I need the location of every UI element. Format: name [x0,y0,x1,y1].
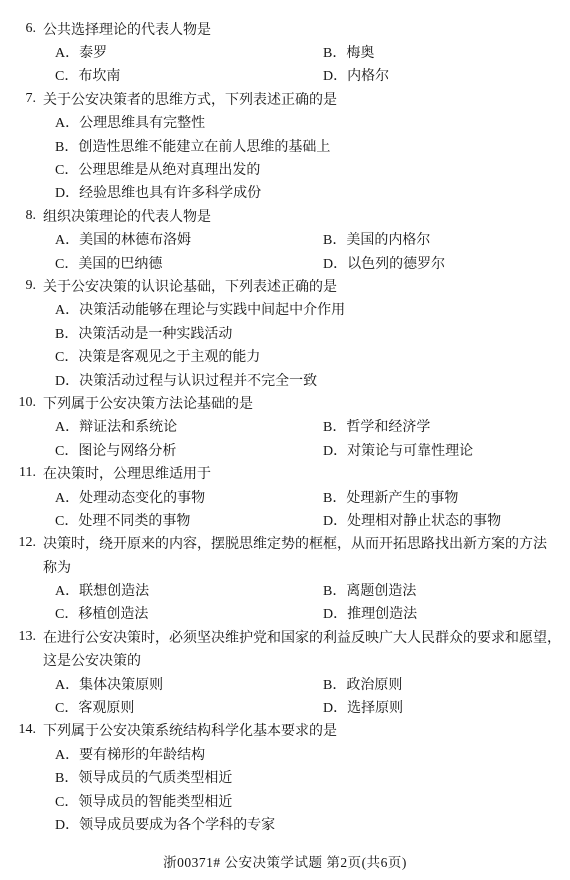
question-stem: 关于公安决策的认识论基础，下列表述正确的是 [43,276,337,296]
option-text: 美国的巴纳德 [78,257,162,272]
option-label: D． [55,182,79,202]
options-row: A．处理动态变化的事物 B．处理新产生的事物 [0,485,570,508]
option-label: C． [55,440,78,460]
option-a: A．决策活动能够在理论与实践中间起中介作用 [55,299,345,319]
option-b: B．创造性思维不能建立在前人思维的基础上 [55,136,330,156]
option-label: D． [55,814,79,834]
question-stem: 下列属于公安决策方法论基础的是 [43,393,253,413]
question-number: 7. [0,91,36,107]
option-text: 移植创造法 [78,607,148,622]
option-text: 创造性思维不能建立在前人思维的基础上 [78,140,330,155]
option-label: A． [55,42,79,62]
option-text: 处理相对静止状态的事物 [347,514,501,529]
option-text: 领导成员的气质类型相近 [78,771,232,786]
option-text: 梅奥 [346,46,374,61]
option-text: 选择原则 [347,701,403,716]
option-d: D．经验思维也具有许多科学成份 [55,182,261,202]
option-label: A． [55,299,79,319]
option-b: B．哲学和经济学 [323,416,430,436]
question-number: 8. [0,208,36,224]
options-row: C．客观原则 D．选择原则 [0,695,570,718]
option-label: A． [55,229,79,249]
option-label: A． [55,580,79,600]
question-stem-row: 9. 关于公安决策的认识论基础，下列表述正确的是 [0,274,570,297]
options-row: C．决策是客观见之于主观的能力 [0,344,570,367]
option-label: B． [55,136,78,156]
option-d: D．决策活动过程与认识过程并不完全一致 [55,370,317,390]
question-stem: 下列属于公安决策系统结构科学化基本要求的是 [43,720,337,740]
option-text: 政治原则 [346,678,402,693]
option-label: A． [55,416,79,436]
option-label: B． [55,323,78,343]
option-text: 公理思维是从绝对真理出发的 [78,163,260,178]
option-text: 集体决策原则 [79,678,163,693]
option-a: A．辩证法和系统论 [55,416,323,436]
option-a: A．处理动态变化的事物 [55,487,323,507]
option-label: B． [55,767,78,787]
question-9: 9. 关于公安决策的认识论基础，下列表述正确的是 A．决策活动能够在理论与实践中… [0,274,570,391]
option-text: 图论与网络分析 [78,444,176,459]
option-b: B．梅奥 [323,42,374,62]
option-b: B．政治原则 [323,674,402,694]
option-label: C． [55,253,78,273]
options-row: C．处理不同类的事物 D．处理相对静止状态的事物 [0,508,570,531]
options-row: B．决策活动是一种实践活动 [0,321,570,344]
option-text: 要有梯形的年龄结构 [79,748,205,763]
question-7: 7. 关于公安决策者的思维方式，下列表述正确的是 A．公理思维具有完整性 B．创… [0,87,570,204]
option-label: A． [55,674,79,694]
question-stem-row: 10. 下列属于公安决策方法论基础的是 [0,391,570,414]
option-text: 以色列的德罗尔 [347,257,445,272]
options-row: C．移植创造法 D．推理创造法 [0,602,570,625]
question-stem: 在决策时，公理思维适用于 [43,463,211,483]
option-c: C．图论与网络分析 [55,440,323,460]
question-stem-row: 7. 关于公安决策者的思维方式，下列表述正确的是 [0,87,570,110]
options-row: D．经验思维也具有许多科学成份 [0,181,570,204]
options-row: A．泰罗 B．梅奥 [0,40,570,63]
question-number: 12. [0,535,36,551]
option-text: 公理思维具有完整性 [79,116,205,131]
options-row: A．联想创造法 B．离题创造法 [0,578,570,601]
option-label: B． [323,674,346,694]
option-label: C． [55,346,78,366]
question-12: 12. 决策时，绕开原来的内容，摆脱思维定势的框框，从而开拓思路找出新方案的方法… [0,532,570,626]
question-number: 10. [0,395,36,411]
question-stem-row: 11. 在决策时，公理思维适用于 [0,461,570,484]
option-text: 领导成员的智能类型相近 [78,795,232,810]
option-label: A． [55,487,79,507]
option-c: C．美国的巴纳德 [55,253,323,273]
question-stem-line2: 称为 [43,557,71,577]
question-number: 6. [0,21,36,37]
options-row: A．决策活动能够在理论与实践中间起中介作用 [0,298,570,321]
option-b: B．领导成员的气质类型相近 [55,767,232,787]
question-number: 14. [0,722,36,738]
option-c: C．移植创造法 [55,603,323,623]
option-text: 哲学和经济学 [346,420,430,435]
option-text: 处理不同类的事物 [78,514,190,529]
options-row: C．公理思维是从绝对真理出发的 [0,157,570,180]
question-stem: 公共选择理论的代表人物是 [43,19,211,39]
option-label: B． [323,416,346,436]
option-c: C．布坎南 [55,65,323,85]
option-c: C．客观原则 [55,697,323,717]
option-a: A．公理思维具有完整性 [55,112,205,132]
question-stem-continuation: 这是公安决策的 [0,649,570,672]
options-row: D．决策活动过程与认识过程并不完全一致 [0,368,570,391]
question-6: 6. 公共选择理论的代表人物是 A．泰罗 B．梅奥 C．布坎南 D．内格尔 [0,17,570,87]
option-b: B．处理新产生的事物 [323,487,458,507]
option-d: D．选择原则 [323,697,403,717]
option-label: C． [55,65,78,85]
option-label: C． [55,510,78,530]
options-row: C．图论与网络分析 D．对策论与可靠性理论 [0,438,570,461]
option-label: C． [55,603,78,623]
option-text: 美国的林德布洛姆 [79,233,191,248]
option-text: 处理新产生的事物 [346,491,458,506]
option-text: 对策论与可靠性理论 [347,444,473,459]
question-10: 10. 下列属于公安决策方法论基础的是 A．辩证法和系统论 B．哲学和经济学 C… [0,391,570,461]
option-label: B． [323,42,346,62]
option-b: B．决策活动是一种实践活动 [55,323,232,343]
option-c: C．处理不同类的事物 [55,510,323,530]
option-text: 联想创造法 [79,584,149,599]
option-d: D．内格尔 [323,65,389,85]
option-label: C． [55,791,78,811]
option-text: 领导成员要成为各个学科的专家 [79,818,275,833]
options-row: B．创造性思维不能建立在前人思维的基础上 [0,134,570,157]
options-row: C．领导成员的智能类型相近 [0,789,570,812]
option-a: A．泰罗 [55,42,323,62]
question-stem-line2: 这是公安决策的 [43,650,141,670]
option-text: 泰罗 [79,46,107,61]
option-d: D．以色列的德罗尔 [323,253,445,273]
option-text: 决策活动过程与认识过程并不完全一致 [79,374,317,389]
option-c: C．公理思维是从绝对真理出发的 [55,159,260,179]
option-text: 处理动态变化的事物 [79,491,205,506]
options-row: C．美国的巴纳德 D．以色列的德罗尔 [0,251,570,274]
options-row: A．美国的林德布洛姆 B．美国的内格尔 [0,228,570,251]
question-stem: 关于公安决策者的思维方式，下列表述正确的是 [43,89,337,109]
exam-page: 6. 公共选择理论的代表人物是 A．泰罗 B．梅奥 C．布坎南 D．内格尔 7.… [0,0,570,871]
options-row: A．公理思维具有完整性 [0,111,570,134]
option-text: 美国的内格尔 [346,233,430,248]
option-label: D． [323,697,347,717]
question-stem: 决策时，绕开原来的内容，摆脱思维定势的框框，从而开拓思路找出新方案的方法 [43,533,547,553]
options-row: C．布坎南 D．内格尔 [0,64,570,87]
option-text: 推理创造法 [347,607,417,622]
option-d: D．推理创造法 [323,603,417,623]
option-d: D．领导成员要成为各个学科的专家 [55,814,275,834]
option-label: C． [55,159,78,179]
options-row: A．辩证法和系统论 B．哲学和经济学 [0,415,570,438]
option-d: D．对策论与可靠性理论 [323,440,473,460]
option-text: 决策活动能够在理论与实践中间起中介作用 [79,303,345,318]
question-13: 13. 在进行公安决策时，必须坚决维护党和国家的利益反映广大人民群众的要求和愿望… [0,625,570,719]
question-8: 8. 组织决策理论的代表人物是 A．美国的林德布洛姆 B．美国的内格尔 C．美国… [0,204,570,274]
option-label: C． [55,697,78,717]
option-a: A．美国的林德布洛姆 [55,229,323,249]
option-text: 离题创造法 [346,584,416,599]
option-label: B． [323,229,346,249]
options-row: A．要有梯形的年龄结构 [0,742,570,765]
question-11: 11. 在决策时，公理思维适用于 A．处理动态变化的事物 B．处理新产生的事物 … [0,461,570,531]
option-text: 决策活动是一种实践活动 [78,327,232,342]
question-number: 9. [0,278,36,294]
option-a: A．集体决策原则 [55,674,323,694]
question-number: 11. [0,465,36,481]
question-14: 14. 下列属于公安决策系统结构科学化基本要求的是 A．要有梯形的年龄结构 B．… [0,719,570,836]
option-label: D． [323,253,347,273]
question-stem-row: 8. 组织决策理论的代表人物是 [0,204,570,227]
option-label: D． [55,370,79,390]
option-label: B． [323,487,346,507]
option-b: B．美国的内格尔 [323,229,430,249]
option-text: 决策是客观见之于主观的能力 [78,350,260,365]
option-b: B．离题创造法 [323,580,416,600]
options-row: B．领导成员的气质类型相近 [0,766,570,789]
option-c: C．决策是客观见之于主观的能力 [55,346,260,366]
option-text: 辩证法和系统论 [79,420,177,435]
question-stem-continuation: 称为 [0,555,570,578]
option-label: D． [323,603,347,623]
question-stem-row: 12. 决策时，绕开原来的内容，摆脱思维定势的框框，从而开拓思路找出新方案的方法 [0,532,570,555]
options-row: D．领导成员要成为各个学科的专家 [0,812,570,835]
option-text: 客观原则 [78,701,134,716]
options-row: A．集体决策原则 B．政治原则 [0,672,570,695]
option-text: 内格尔 [347,69,389,84]
question-stem-row: 6. 公共选择理论的代表人物是 [0,17,570,40]
question-stem: 组织决策理论的代表人物是 [43,206,211,226]
option-label: A． [55,744,79,764]
question-stem: 在进行公安决策时，必须坚决维护党和国家的利益反映广大人民群众的要求和愿望， [43,627,561,647]
question-number: 13. [0,629,36,645]
option-c: C．领导成员的智能类型相近 [55,791,232,811]
option-label: D． [323,440,347,460]
question-stem-row: 14. 下列属于公安决策系统结构科学化基本要求的是 [0,719,570,742]
option-label: D． [323,65,347,85]
option-text: 布坎南 [78,69,120,84]
option-label: B． [323,580,346,600]
option-label: D． [323,510,347,530]
option-a: A．联想创造法 [55,580,323,600]
page-footer: 浙00371# 公安决策学试题 第2页(共6页) [0,851,570,871]
option-label: A． [55,112,79,132]
option-d: D．处理相对静止状态的事物 [323,510,501,530]
option-a: A．要有梯形的年龄结构 [55,744,205,764]
question-stem-row: 13. 在进行公安决策时，必须坚决维护党和国家的利益反映广大人民群众的要求和愿望… [0,625,570,648]
option-text: 经验思维也具有许多科学成份 [79,186,261,201]
